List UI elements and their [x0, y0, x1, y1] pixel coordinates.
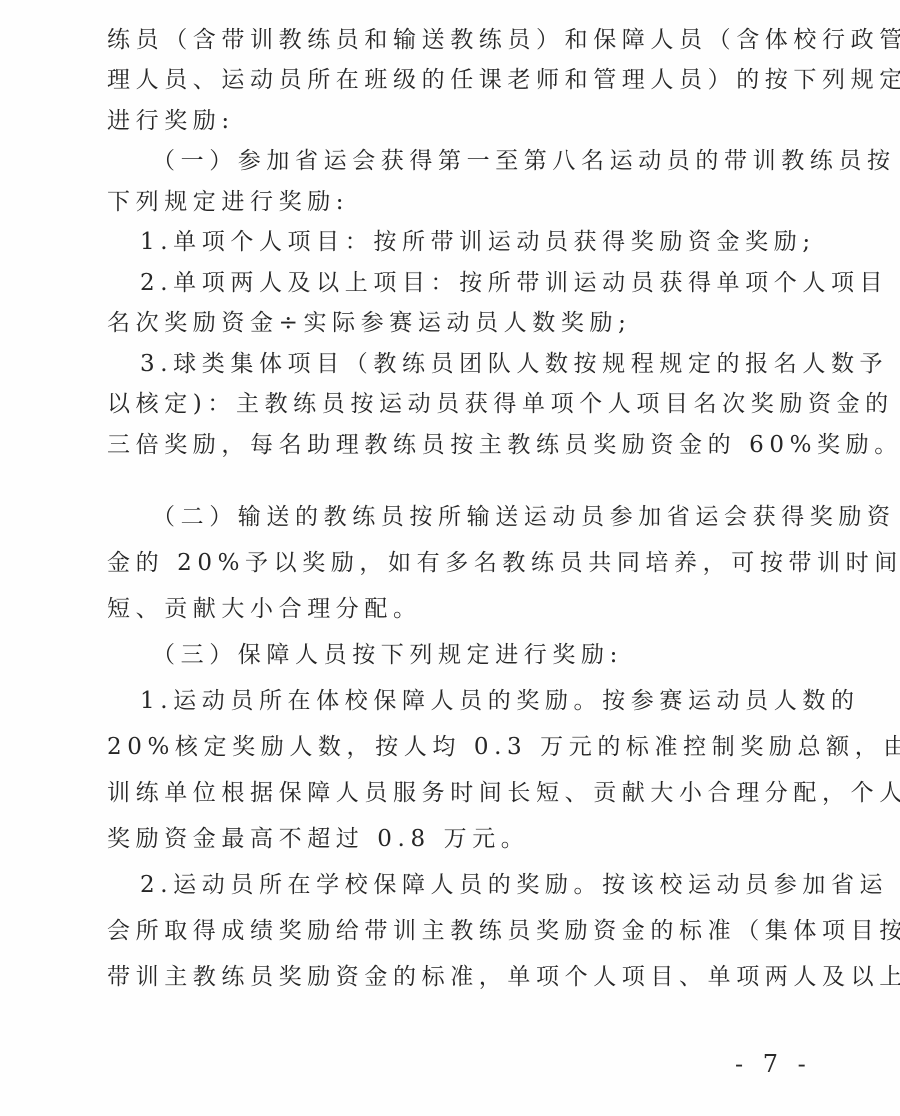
text-line: 以核定)：主教练员按运动员获得单项个人项目名次奖励资金的: [107, 384, 767, 424]
text-line: 理人员、运动员所在班级的任课老师和管理人员）的按下列规定: [107, 60, 767, 100]
text-line: 名次奖励资金÷实际参赛运动员人数奖励;: [107, 303, 767, 343]
document-page: 练员（含带训教练员和输送教练员）和保障人员（含体校行政管 理人员、运动员所在班级…: [0, 0, 900, 1116]
text-line: 20%核定奖励人数，按人均 0.3 万元的标准控制奖励总额，由各: [107, 727, 767, 767]
text-line: 下列规定进行奖励:: [107, 182, 767, 222]
text-line: 带训主教练员奖励资金的标准，单项个人项目、单项两人及以上: [107, 957, 767, 997]
section-heading-1: （一）参加省运会获得第一至第八名运动员的带训教练员按: [152, 141, 767, 181]
text-line: 三倍奖励，每名助理教练员按主教练员奖励资金的 60%奖励。: [107, 425, 767, 465]
text-line: 金的 20%予以奖励，如有多名教练员共同培养，可按带训时间长: [107, 543, 767, 583]
text-line: 进行奖励:: [107, 101, 767, 141]
page-number: - 7 -: [735, 1050, 812, 1078]
text-line: 短、贡献大小合理分配。: [107, 589, 767, 629]
text-line: 会所取得成绩奖励给带训主教练员奖励资金的标准（集体项目按: [107, 911, 767, 951]
list-item: 2.单项两人及以上项目：按所带训运动员获得单项个人项目: [140, 263, 800, 303]
text-line: 练员（含带训教练员和输送教练员）和保障人员（含体校行政管: [107, 20, 767, 60]
list-item: 1.单项个人项目：按所带训运动员获得奖励资金奖励;: [140, 222, 800, 262]
section-heading-2: （二）输送的教练员按所输送运动员参加省运会获得奖励资: [152, 497, 767, 537]
section-heading-3: （三）保障人员按下列规定进行奖励:: [152, 635, 767, 675]
text-line: 训练单位根据保障人员服务时间长短、贡献大小合理分配，个人: [107, 773, 767, 813]
list-item: 3.球类集体项目（教练员团队人数按规程规定的报名人数予: [140, 344, 800, 384]
list-item: 2.运动员所在学校保障人员的奖励。按该校运动员参加省运: [140, 865, 800, 905]
list-item: 1.运动员所在体校保障人员的奖励。按参赛运动员人数的: [140, 681, 800, 721]
text-line: 奖励资金最高不超过 0.8 万元。: [107, 819, 767, 859]
